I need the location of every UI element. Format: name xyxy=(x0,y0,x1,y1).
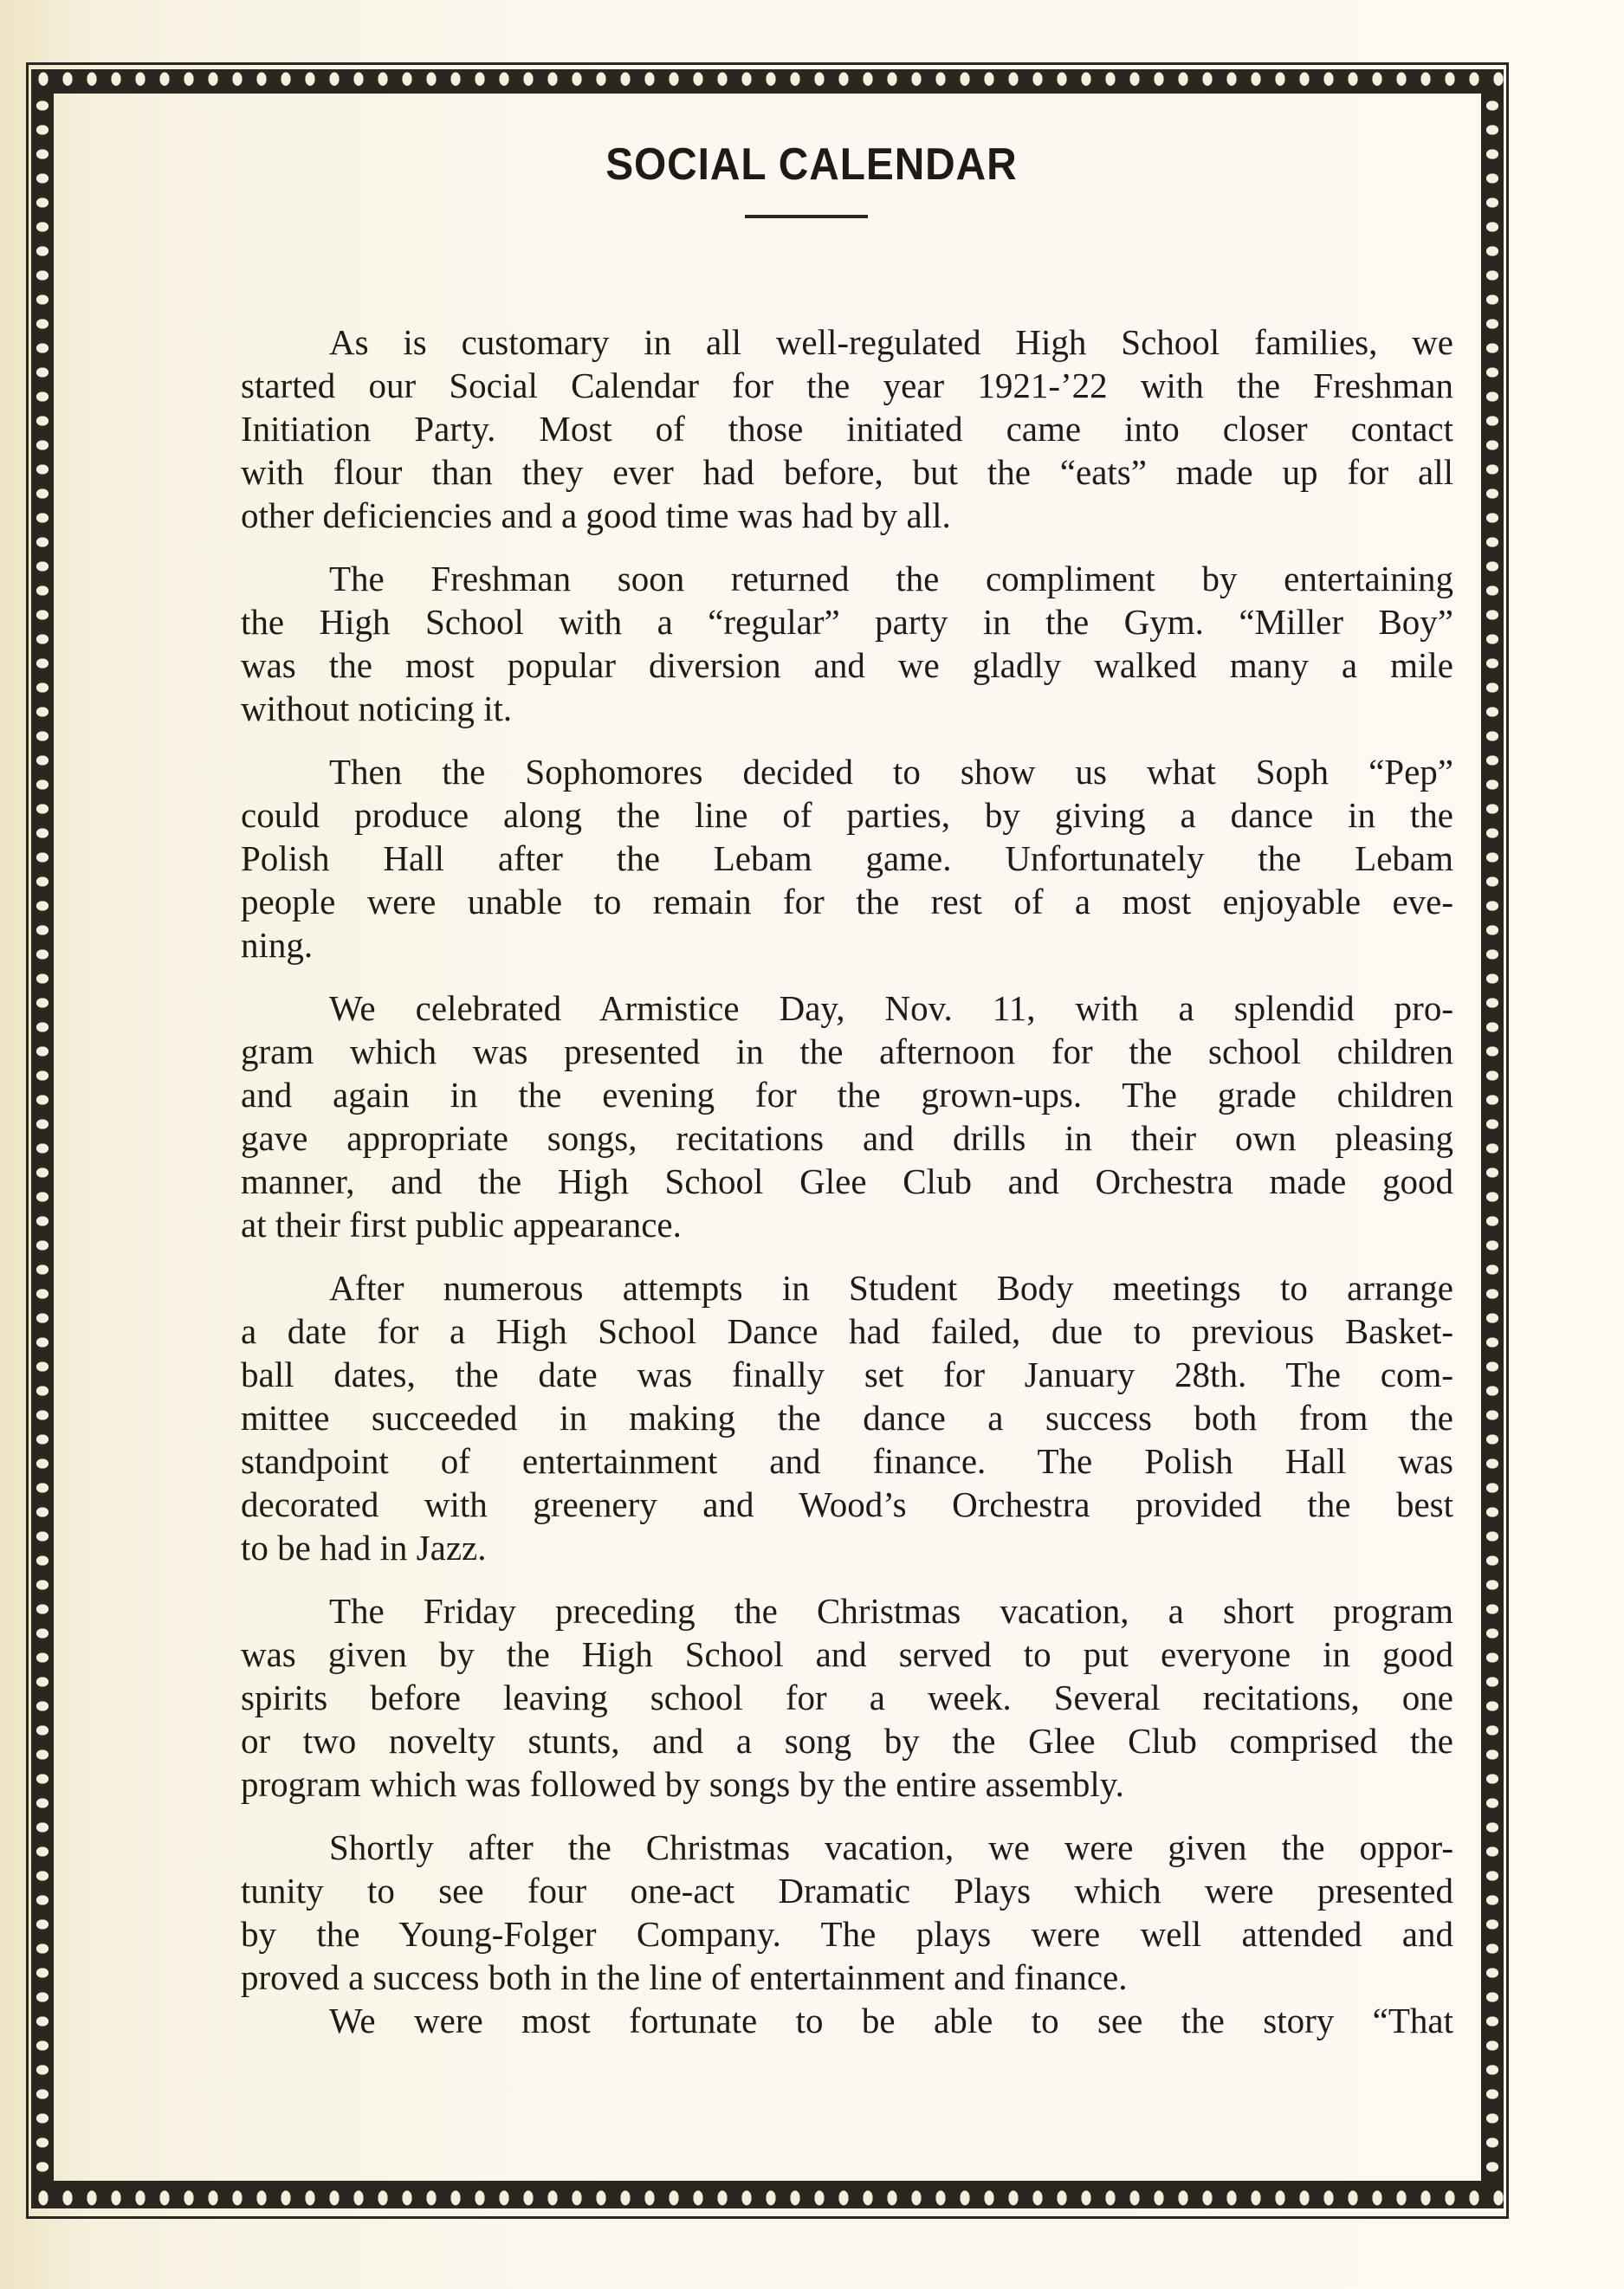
paragraph-freshman-initiation: As is customary in all well-regulated Hi… xyxy=(152,320,1453,537)
text-line: program which was followed by songs by t… xyxy=(152,1762,1453,1806)
paragraph-christmas-program: The Friday preceding the Christmas vacat… xyxy=(152,1589,1453,1806)
text-line: manner, and the High School Glee Club an… xyxy=(152,1160,1453,1203)
text-line: other deficiencies and a good time was h… xyxy=(152,494,1453,537)
ornamental-border-right xyxy=(1481,94,1504,2181)
text-line: proved a success both in the line of ent… xyxy=(152,1956,1453,1999)
text-line: by the Young-Folger Company. The plays w… xyxy=(152,1912,1453,1956)
text-line: tunity to see four one-act Dramatic Play… xyxy=(152,1869,1453,1912)
yearbook-page: SOCIAL CALENDAR As is customary in all w… xyxy=(0,0,1624,2289)
text-line: or two novelty stunts, and a song by the… xyxy=(152,1719,1453,1762)
text-line: was given by the High School and served … xyxy=(152,1633,1453,1676)
text-line: After numerous attempts in Student Body … xyxy=(152,1266,1453,1309)
text-line: We were most fortunate to be able to see… xyxy=(152,1999,1453,2042)
text-line: could produce along the line of parties,… xyxy=(152,793,1453,837)
text-line: The Friday preceding the Christmas vacat… xyxy=(152,1589,1453,1633)
text-line: a date for a High School Dance had faile… xyxy=(152,1309,1453,1353)
text-line: gram which was presented in the afternoo… xyxy=(152,1030,1453,1073)
text-line: ball dates, the date was finally set for… xyxy=(152,1353,1453,1396)
text-line: Then the Sophomores decided to show us w… xyxy=(152,750,1453,793)
text-line: gave appropriate songs, recitations and … xyxy=(152,1116,1453,1160)
ornamental-border-bottom xyxy=(31,2181,1504,2208)
ornamental-border-left xyxy=(31,94,54,2181)
text-line: without noticing it. xyxy=(152,687,1453,730)
text-line: standpoint of entertainment and finance.… xyxy=(152,1439,1453,1483)
text-line: As is customary in all well-regulated Hi… xyxy=(152,320,1453,364)
ornamental-border-top xyxy=(31,69,1504,94)
text-line: mittee succeeded in making the dance a s… xyxy=(152,1396,1453,1439)
paragraph-dramatic-plays: Shortly after the Christmas vacation, we… xyxy=(152,1826,1453,1999)
text-line: The Freshman soon returned the complimen… xyxy=(152,557,1453,600)
text-line: to be had in Jazz. xyxy=(152,1526,1453,1569)
text-line: decorated with greenery and Wood’s Orche… xyxy=(152,1483,1453,1526)
text-line: started our Social Calendar for the year… xyxy=(152,364,1453,407)
paragraph-freshman-party: The Freshman soon returned the complimen… xyxy=(152,557,1453,730)
paragraph-high-school-dance: After numerous attempts in Student Body … xyxy=(152,1266,1453,1569)
text-line: was the most popular diversion and we gl… xyxy=(152,643,1453,687)
text-line: the High School with a “regular” party i… xyxy=(152,600,1453,643)
text-line: people were unable to remain for the res… xyxy=(152,880,1453,923)
paragraph-armistice-day: We celebrated Armistice Day, Nov. 11, wi… xyxy=(152,986,1453,1246)
text-line: and again in the evening for the grown-u… xyxy=(152,1073,1453,1116)
text-line: We celebrated Armistice Day, Nov. 11, wi… xyxy=(152,986,1453,1030)
paragraph-sophomore-dance: Then the Sophomores decided to show us w… xyxy=(152,750,1453,967)
title-divider xyxy=(745,215,868,218)
page-title: SOCIAL CALENDAR xyxy=(64,139,1558,191)
paragraph-story: We were most fortunate to be able to see… xyxy=(152,1999,1453,2042)
text-line: Polish Hall after the Lebam game. Unfort… xyxy=(152,837,1453,880)
article-body: As is customary in all well-regulated Hi… xyxy=(152,320,1453,2062)
text-line: Initiation Party. Most of those initiate… xyxy=(152,407,1453,450)
text-line: at their first public appearance. xyxy=(152,1203,1453,1246)
text-line: with flour than they ever had before, bu… xyxy=(152,450,1453,494)
text-line: ning. xyxy=(152,923,1453,967)
text-line: spirits before leaving school for a week… xyxy=(152,1676,1453,1719)
text-line: Shortly after the Christmas vacation, we… xyxy=(152,1826,1453,1869)
